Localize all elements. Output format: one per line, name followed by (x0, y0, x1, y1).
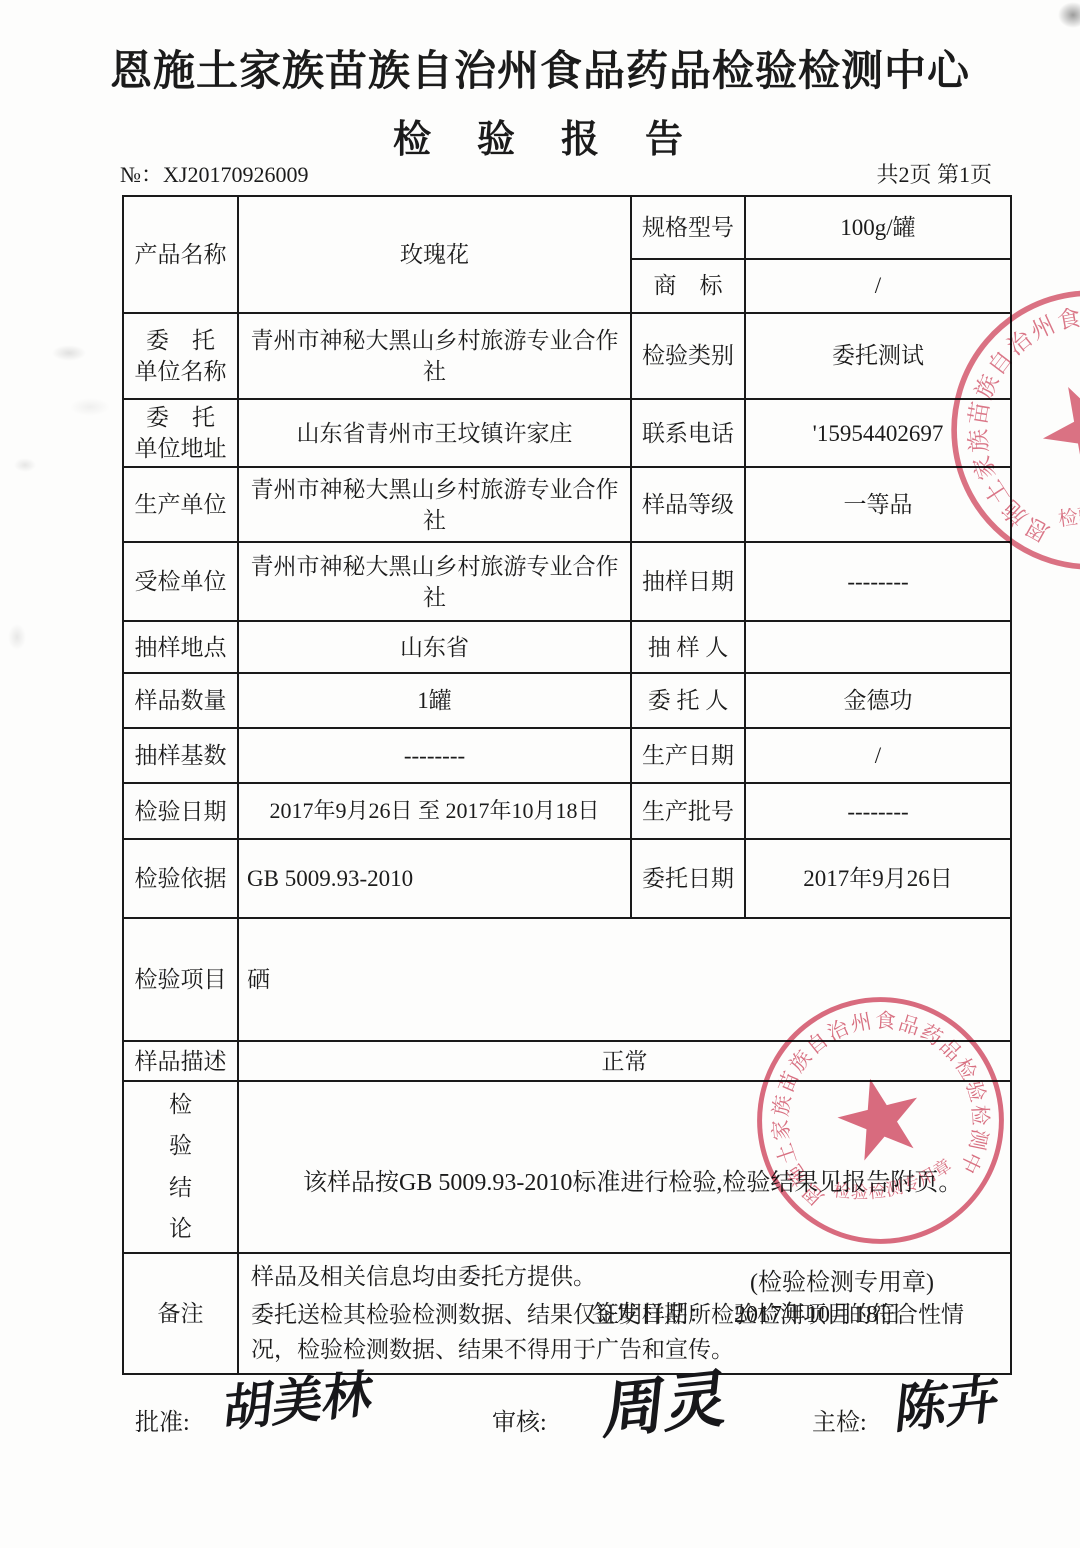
approved-signature: 胡美林 (220, 1353, 377, 1442)
table-row: 样品数量 1罐 委 托 人 金德功 (123, 673, 1011, 728)
consignor-label: 委 托 人 (631, 673, 745, 728)
table-row: 委 托 单位地址 山东省青州市王坟镇许家庄 联系电话 '15954402697 (123, 399, 1011, 467)
sampling-date-value: -------- (745, 542, 1011, 621)
table-row: 抽样地点 山东省 抽 样 人 (123, 621, 1011, 673)
report-table: 产品名称 玫瑰花 规格型号 100g/罐 商 标 / 委 托 单位名称 青州市神… (122, 195, 1012, 1375)
inspection-report-page: 恩施土家族苗族自治州食品药品检验检测中心 检 验 报 告 №：XJ2017092… (0, 0, 1080, 1548)
inspection-category-label: 检验类别 (631, 313, 745, 399)
producer-label: 生产单位 (123, 467, 238, 542)
product-name-label: 产品名称 (123, 196, 238, 313)
inspection-date-label: 检验日期 (123, 783, 238, 839)
contact-phone-value: '15954402697 (745, 399, 1011, 467)
sampling-date-label: 抽样日期 (631, 542, 745, 621)
approved-label: 批准: (135, 1402, 190, 1437)
sampler-label: 抽 样 人 (631, 621, 745, 673)
trademark-label: 商 标 (631, 259, 745, 313)
product-name-value: 玫瑰花 (238, 196, 631, 313)
report-meta: №：XJ20170926009 共2页 第1页 (120, 158, 992, 189)
table-row: 检验依据 GB 5009.93-2010 委托日期 2017年9月26日 (123, 839, 1011, 918)
contact-phone-label: 联系电话 (631, 399, 745, 467)
reviewed-label: 审核: (492, 1402, 547, 1437)
production-batch-value: -------- (745, 783, 1011, 839)
sample-description-value: 正常 (238, 1041, 1011, 1081)
conclusion-cell: 该样品按GB 5009.93-2010标准进行检验,检验结果见报告附页。 (检验… (238, 1081, 1011, 1253)
conclusion-text: 该样品按GB 5009.93-2010标准进行检验,检验结果见报告附页。 (303, 1162, 966, 1197)
table-row: 检 验 结 论 该样品按GB 5009.93-2010标准进行检验,检验结果见报… (123, 1081, 1011, 1253)
inspection-category-value: 委托测试 (745, 313, 1011, 399)
client-address-value: 山东省青州市王坟镇许家庄 (238, 399, 631, 467)
commission-date-value: 2017年9月26日 (745, 839, 1011, 918)
chief-signature: 陈卉 (892, 1356, 1003, 1443)
conclusion-label: 检 验 结 论 (123, 1081, 238, 1253)
table-row: 抽样基数 -------- 生产日期 / (123, 728, 1011, 783)
seal-note: (检验检测专用章) (750, 1262, 934, 1297)
inspection-date-value: 2017年9月26日 至 2017年10月18日 (238, 783, 631, 839)
report-number: №：XJ20170926009 (120, 158, 308, 189)
production-batch-label: 生产批号 (631, 783, 745, 839)
center-title: 恩施土家族苗族自治州食品药品检验检测中心 (0, 38, 1080, 98)
spec-model-value: 100g/罐 (745, 196, 1011, 259)
inspected-unit-value: 青州市神秘大黑山乡村旅游专业合作社 (238, 542, 631, 621)
seal-star-icon (1027, 365, 1080, 486)
inspection-basis-value: GB 5009.93-2010 (238, 839, 631, 918)
production-date-value: / (745, 728, 1011, 783)
producer-value: 青州市神秘大黑山乡村旅游专业合作社 (238, 467, 631, 542)
inspection-basis-label: 检验依据 (123, 839, 238, 918)
table-row: 生产单位 青州市神秘大黑山乡村旅游专业合作社 样品等级 一等品 (123, 467, 1011, 542)
client-name-label: 委 托 单位名称 (123, 313, 238, 399)
sampling-base-label: 抽样基数 (123, 728, 238, 783)
svg-text:检验检测专用章: 检验检测专用章 (1050, 445, 1080, 545)
inspection-items-value: 硒 (238, 918, 1011, 1041)
reviewed-signature: 周灵 (600, 1348, 733, 1451)
table-row: 检验项目 硒 (123, 918, 1011, 1041)
trademark-value: / (745, 259, 1011, 313)
sampler-value (745, 621, 1011, 673)
table-row: 委 托 单位名称 青州市神秘大黑山乡村旅游专业合作社 检验类别 委托测试 (123, 313, 1011, 399)
sampling-place-value: 山东省 (238, 621, 631, 673)
sampling-base-value: -------- (238, 728, 631, 783)
issue-date-value: 2017年10月18日 (734, 1302, 902, 1328)
client-name-value: 青州市神秘大黑山乡村旅游专业合作社 (238, 313, 631, 399)
sampling-place-label: 抽样地点 (123, 621, 238, 673)
production-date-label: 生产日期 (631, 728, 745, 783)
inspection-items-label: 检验项目 (123, 918, 238, 1041)
sample-quantity-label: 样品数量 (123, 673, 238, 728)
sample-grade-value: 一等品 (745, 467, 1011, 542)
client-address-label: 委 托 单位地址 (123, 399, 238, 467)
sample-quantity-value: 1罐 (238, 673, 631, 728)
spec-model-label: 规格型号 (631, 196, 745, 259)
signature-row: 批准: 胡美林 审核: 周灵 主检: 陈卉 (0, 1378, 1080, 1488)
commission-date-label: 委托日期 (631, 839, 745, 918)
chief-label: 主检: (812, 1402, 867, 1437)
seal-bottom-text: 检验检测专用章 (1050, 445, 1080, 545)
pagination: 共2页 第1页 (876, 158, 992, 189)
table-row: 受检单位 青州市神秘大黑山乡村旅游专业合作社 抽样日期 -------- (123, 542, 1011, 621)
consignor-value: 金德功 (745, 673, 1011, 728)
table-row: 检验日期 2017年9月26日 至 2017年10月18日 生产批号 -----… (123, 783, 1011, 839)
issue-date-line: 签发日期：2017年10月18日 (592, 1294, 902, 1329)
inspected-unit-label: 受检单位 (123, 542, 238, 621)
issue-date-label: 签发日期： (592, 1302, 712, 1328)
remarks-label: 备注 (123, 1253, 238, 1375)
report-title: 检 验 报 告 (0, 108, 1080, 163)
table-row: 产品名称 玫瑰花 规格型号 100g/罐 (123, 196, 1011, 259)
sample-description-label: 样品描述 (123, 1041, 238, 1081)
sample-grade-label: 样品等级 (631, 467, 745, 542)
table-row: 样品描述 正常 (123, 1041, 1011, 1081)
